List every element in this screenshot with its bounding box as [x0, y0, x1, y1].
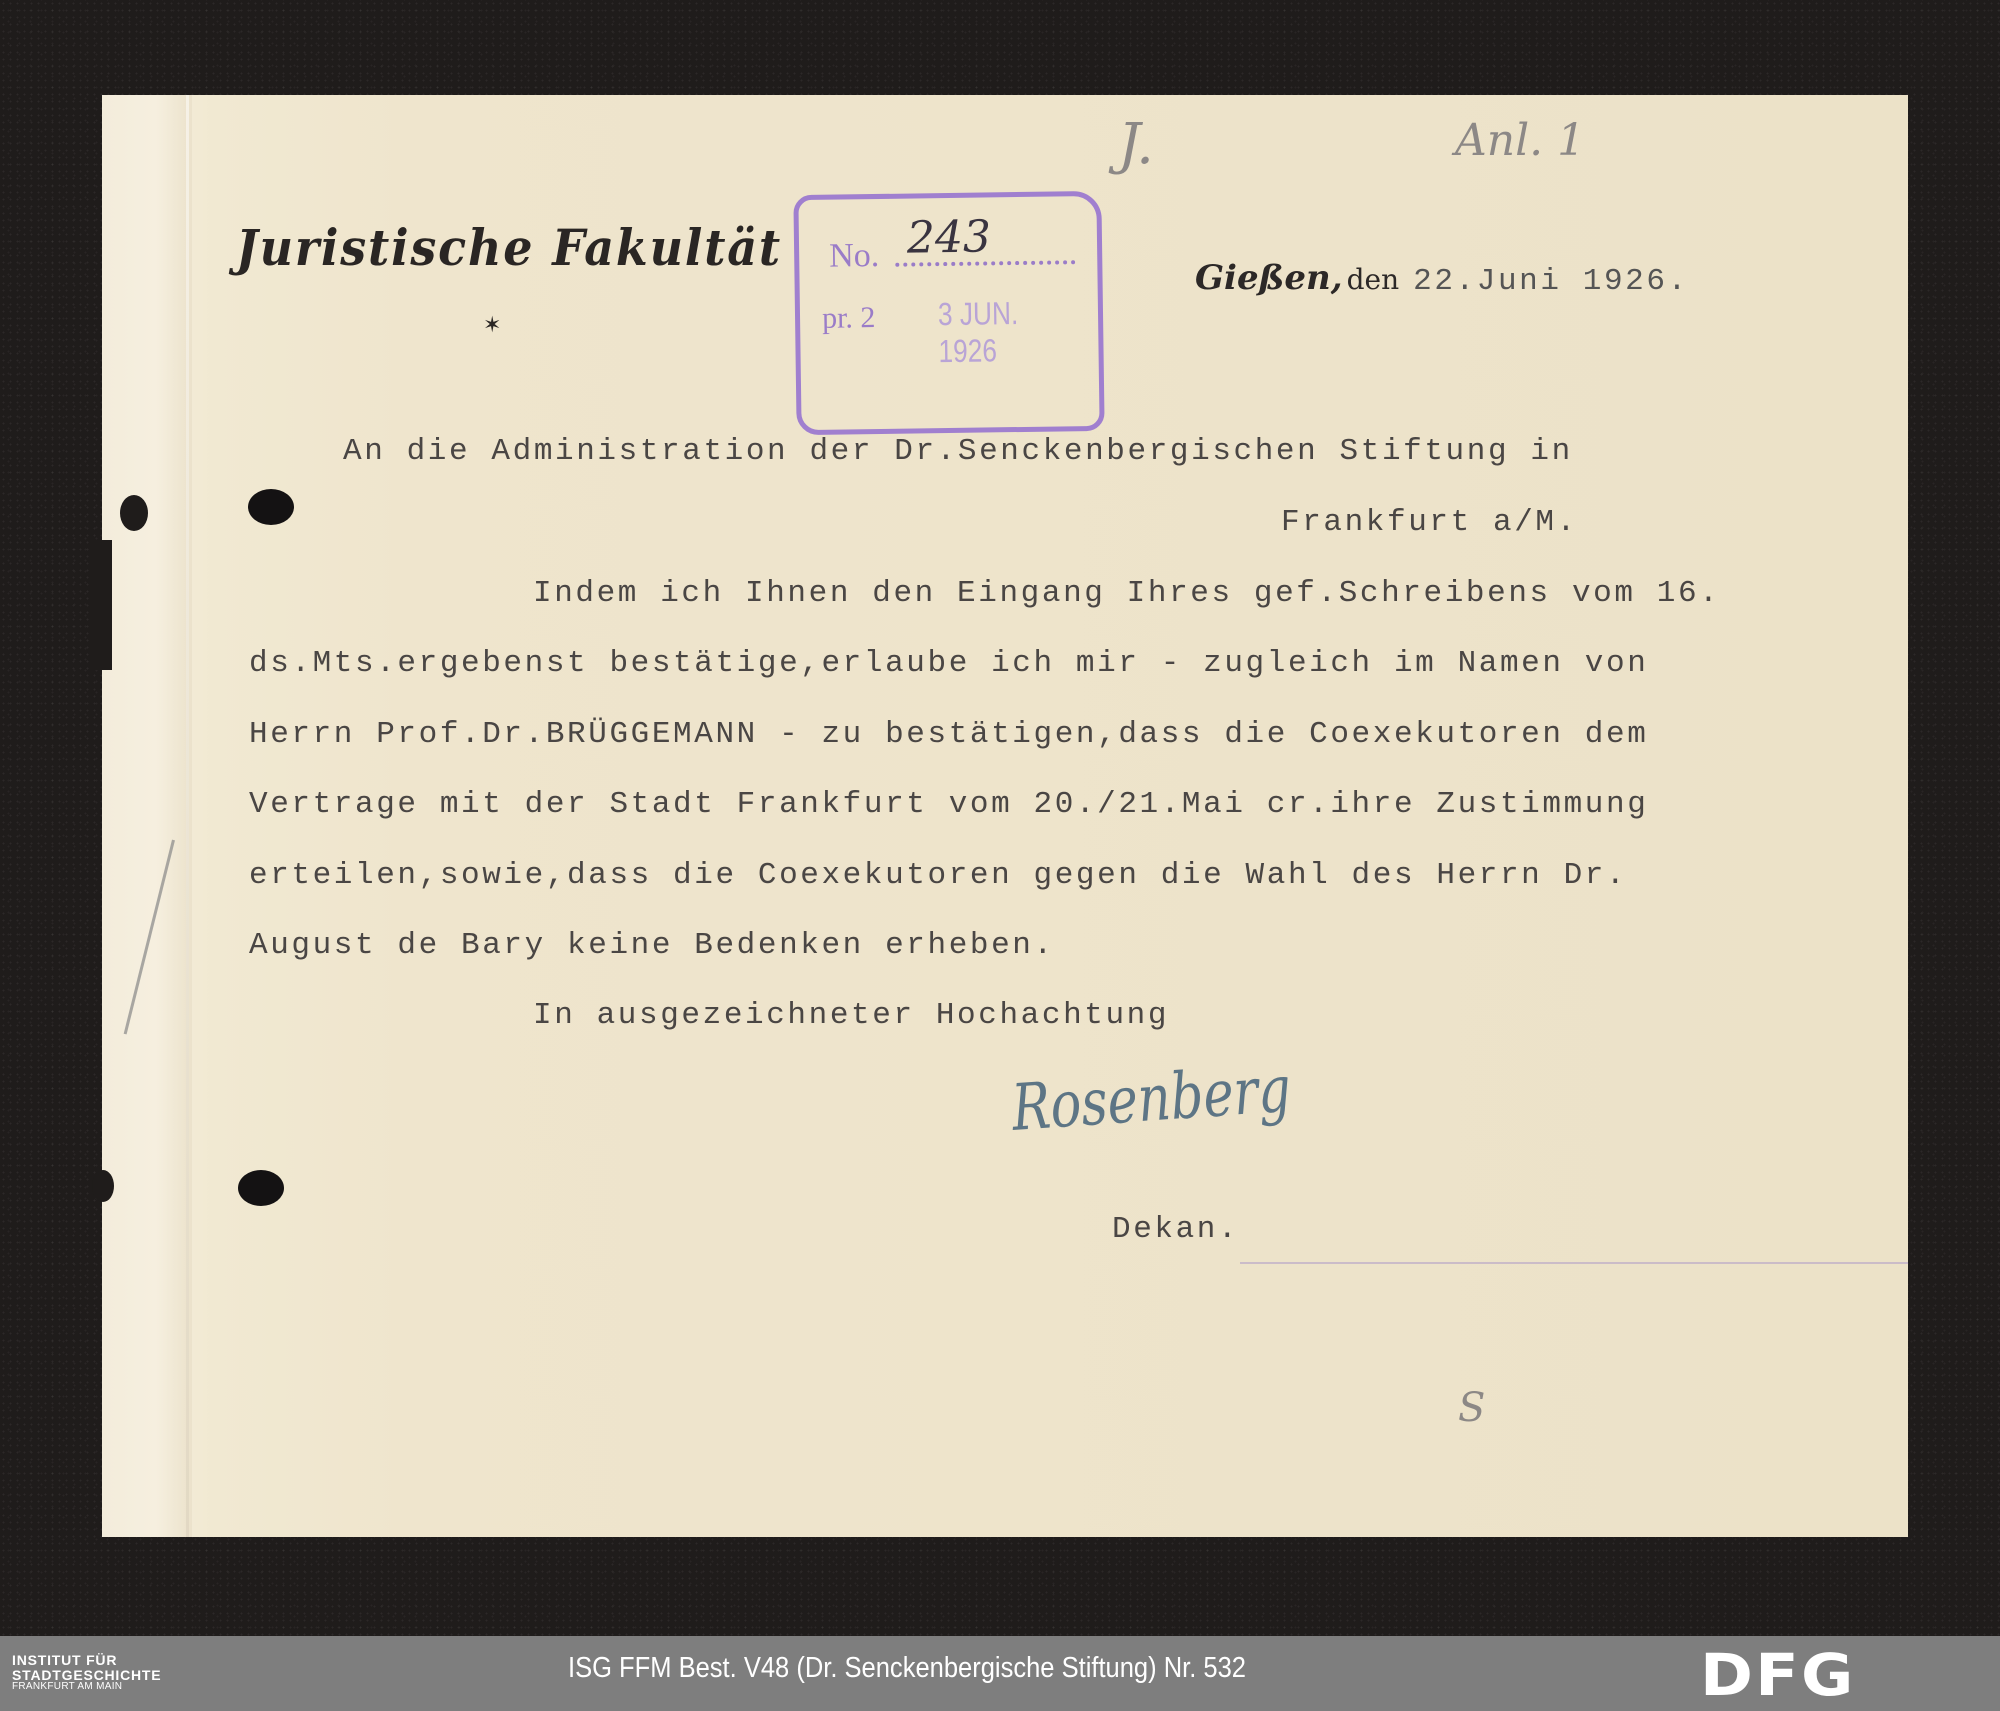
receipt-stamp: No. 243 pr. 2 3 JUN. 1926 — [793, 191, 1104, 435]
body-line-6: August de Bary keine Bedenken erheben. — [249, 928, 1055, 963]
body-line-2: ds.Mts.ergebenst bestätige,erlaube ich m… — [249, 646, 1648, 681]
archive-reference-title: ISG FFM Best. V48 (Dr. Senckenbergische … — [568, 1652, 1246, 1685]
place-date: Gießen,den22.Juni 1926. — [1195, 258, 1689, 299]
pencil-mark-s: S — [1458, 1385, 1485, 1431]
closing-salutation: In ausgezeichneter Hochachtung — [533, 998, 1169, 1033]
punch-hole-bottom — [238, 1170, 284, 1206]
isg-logo-line-3: FRANKFURT AM MAIN — [12, 1682, 161, 1693]
address-line-1: An die Administration der Dr.Senckenberg… — [343, 434, 1573, 469]
isg-logo-line-1: INSTITUT FÜR — [12, 1653, 161, 1668]
torn-edge-gap — [92, 540, 112, 670]
faint-stamp-line — [1240, 1262, 1908, 1264]
stamp-received-date: 3 JUN. 1926 — [938, 294, 1070, 370]
pencil-initial: J. — [1118, 112, 1154, 177]
edge-notch-top — [120, 495, 148, 531]
place-name: Gießen, — [1195, 258, 1343, 298]
paper-fold-line — [186, 95, 189, 1537]
body-line-4: Vertrage mit der Stadt Frankfurt vom 20.… — [249, 787, 1648, 822]
stamp-no-label: No. — [829, 237, 880, 276]
dfg-logo: DFG — [1700, 1646, 1856, 1704]
isg-logo: INSTITUT FÜR STADTGESCHICHTE FRANKFURT A… — [12, 1653, 161, 1693]
stamp-received-prefix: pr. 2 — [822, 301, 876, 336]
pencil-annotation-anl: Anl. 1 — [1455, 115, 1585, 166]
date-den: den — [1347, 263, 1400, 296]
isg-logo-line-2: STADTGESCHICHTE — [12, 1668, 161, 1683]
body-line-5: erteilen,sowie,dass die Coexekutoren geg… — [249, 858, 1627, 893]
signer-title: Dekan. — [1112, 1212, 1239, 1247]
address-line-2: Frankfurt a/M. — [1281, 505, 1578, 540]
body-line-1: Indem ich Ihnen den Eingang Ihres gef.Sc… — [533, 576, 1720, 611]
star-ornament: ✶ — [483, 312, 501, 338]
archive-footer: INSTITUT FÜR STADTGESCHICHTE FRANKFURT A… — [0, 1636, 2000, 1711]
paper-folded-margin — [102, 95, 192, 1537]
letter-date: 22.Juni 1926. — [1413, 264, 1689, 299]
edge-notch-bottom — [92, 1170, 114, 1202]
stamp-handwritten-number: 243 — [907, 211, 992, 263]
punch-hole-top — [248, 489, 294, 525]
letterhead: Juristische Fakultät — [236, 218, 782, 277]
body-line-3: Herrn Prof.Dr.BRÜGGEMANN - zu bestätigen… — [249, 717, 1648, 752]
